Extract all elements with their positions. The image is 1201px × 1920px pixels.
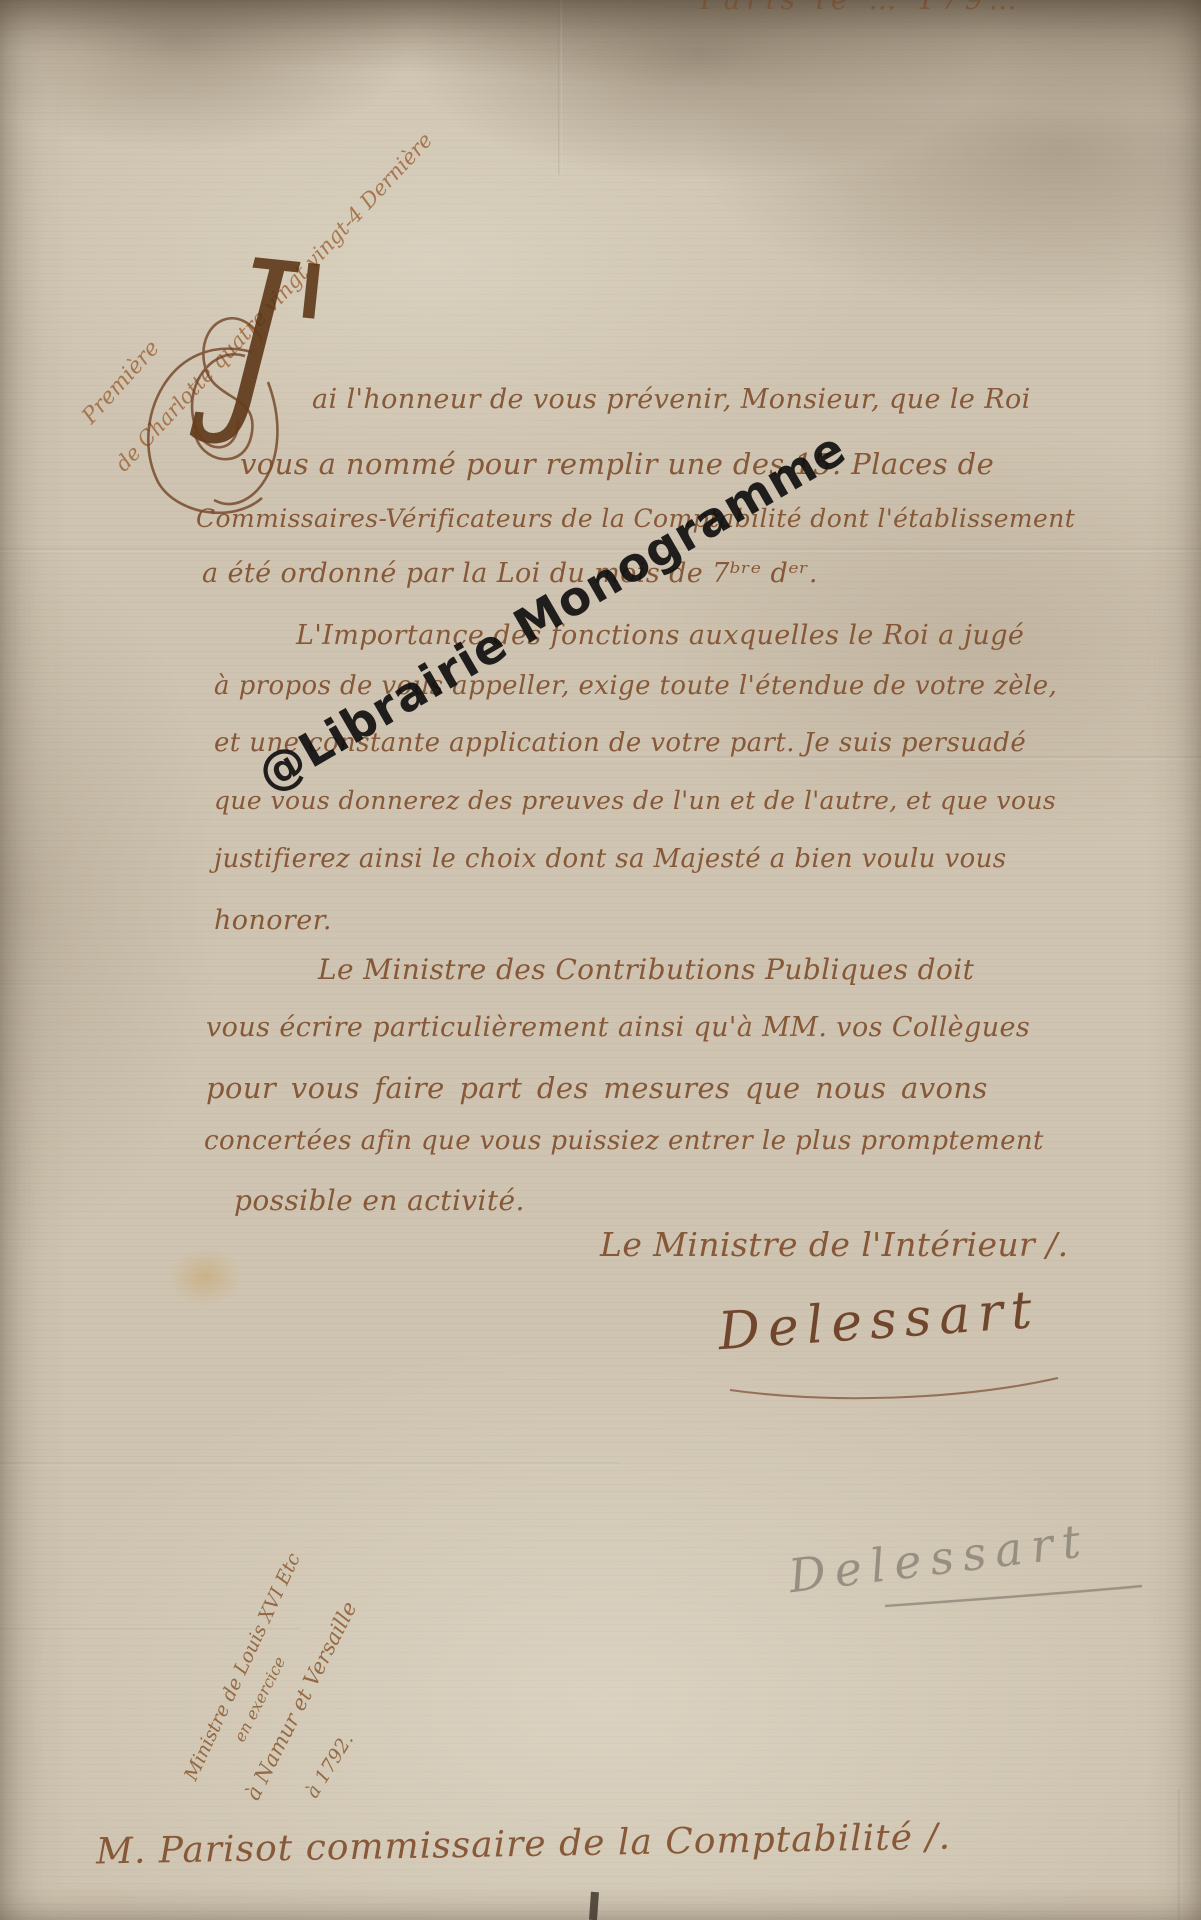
letter-line: a été ordonné par la Loi du mois de 7ᵇʳᵉ… (202, 558, 818, 589)
foxing-stain (168, 1248, 242, 1306)
letter-line: ai l'honneur de vous prévenir, Monsieur,… (312, 384, 1031, 415)
letter-line: honorer. (214, 905, 332, 936)
letter-line: L'Importance des fonctions auxquelles le… (296, 620, 1024, 651)
letter-line: que vous donnerez des preuves de l'un et… (214, 787, 1056, 816)
letter-line: justifierez ainsi le choix dont sa Majes… (214, 845, 1007, 875)
letter-line: concertées afin que vous puissiez entrer… (204, 1127, 1044, 1157)
closing-line: Le Ministre de l'Intérieur /. (600, 1226, 1069, 1264)
dateline-fragment: Paris le … 179… (700, 0, 1023, 16)
letter-line: Commissaires-Vérificateurs de la Comptab… (196, 505, 1075, 534)
paper-crease-vertical-1 (558, 0, 562, 175)
signature-flourish (730, 1378, 1058, 1398)
letter-line: Le Ministre des Contributions Publiques … (318, 954, 974, 986)
paper-crease-vertical-2 (1178, 1790, 1182, 1920)
letter-line: pour vous faire part des mesures que nou… (206, 1072, 988, 1105)
letter-line: possible en activité. (234, 1185, 525, 1217)
pencil-note: Delessart (786, 1514, 1092, 1603)
paper-tear-shadow (589, 1892, 599, 1920)
letter-line: à propos de vous appeller, exige toute l… (214, 672, 1057, 702)
pencil-underline (885, 1586, 1142, 1606)
manuscript-letter-photo: Paris le … 179… Première de Charlotte qu… (0, 0, 1201, 1920)
paper-crease-horizontal-4 (0, 1462, 620, 1466)
archival-note-bottom-line4: à 1792. (301, 1729, 358, 1802)
letter-line: vous écrire particulièrement ainsi qu'à … (206, 1012, 1030, 1043)
signature: Delessart (716, 1281, 1041, 1363)
recipient-line: M. Parisot commissaire de la Comptabilit… (96, 1817, 952, 1873)
letter-line: vous a nommé pour remplir une des 15. Pl… (240, 448, 994, 481)
